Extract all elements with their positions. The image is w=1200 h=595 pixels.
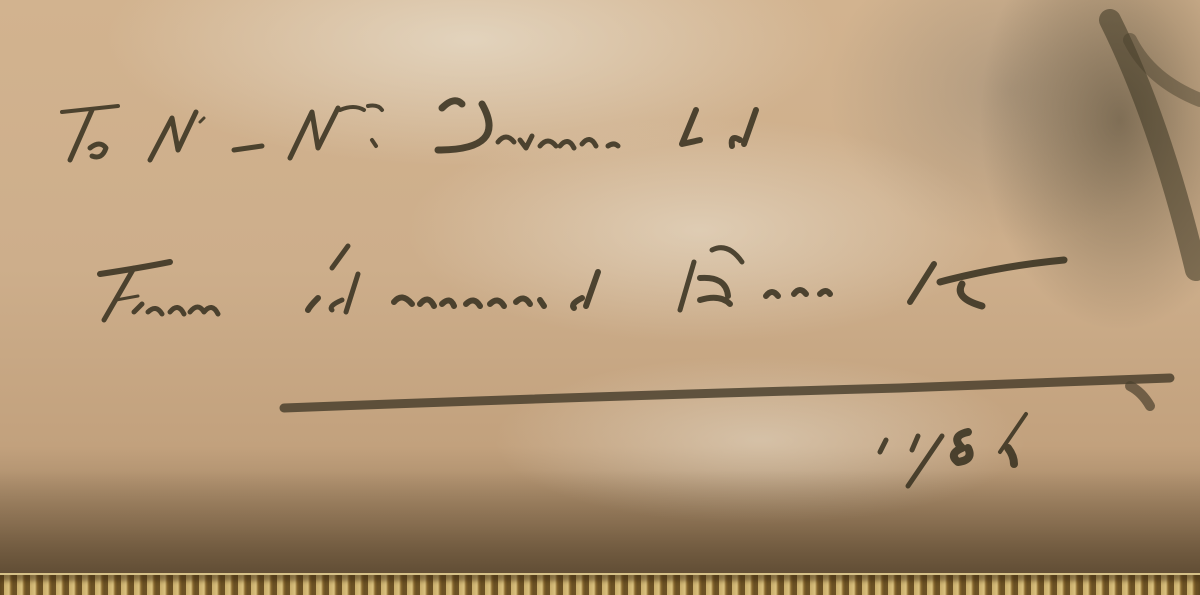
dark-brushstroke — [1110, 20, 1196, 270]
inscription-line-2 — [100, 246, 1064, 320]
inscription-line-1 — [62, 101, 756, 160]
painted-canvas: To Mr & Mrs Devonald From Edward Beck 19… — [0, 0, 1200, 595]
inscription-date — [880, 414, 1026, 486]
underline-flourish — [284, 378, 1170, 408]
gilt-frame-edge — [0, 573, 1200, 595]
inscription-brushwork — [0, 0, 1200, 595]
